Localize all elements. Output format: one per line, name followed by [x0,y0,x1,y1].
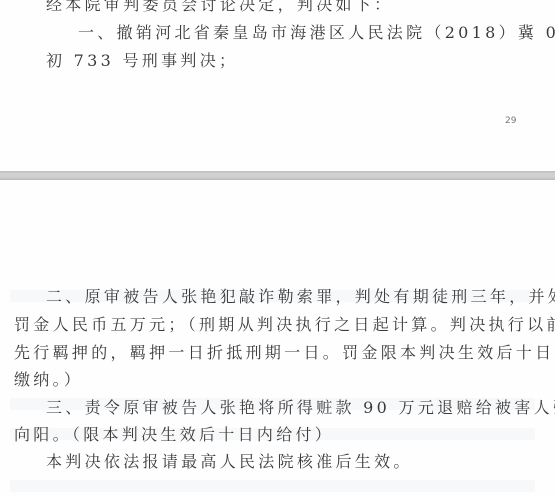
text-line: 缴纳。） [14,370,83,390]
text-line: 本判决依法报请最高人民法院核准后生效。 [46,452,413,472]
document-page-29: 经本院审判委员会讨论决定，判决如下： 一、撤销河北省秦皇岛市海港区人民法院（20… [0,0,555,171]
text-line: 三、责令原审被告人张艳将所得赃款 90 万元退赔给被害人张 [46,398,555,418]
text-line: 向阳。（限本判决生效后十日内给付） [14,425,334,445]
bleed-through [10,480,535,492]
page-separator [0,171,555,180]
page-number: 29 [505,116,516,126]
text-line: 初 733 号刑事判决； [46,51,238,71]
document-page-30: 二、原审被告人张艳犯敲诈勒索罪，判处有期徒刑三年，并处 罚金人民币五万元；（刑期… [0,180,555,496]
text-line: 先行羁押的，羁押一日折抵刑期一日。罚金限本判决生效后十日内 [14,343,555,363]
text-line: 罚金人民币五万元；（刑期从判决执行之日起计算。判决执行以前 [14,315,555,335]
text-line: 二、原审被告人张艳犯敲诈勒索罪，判处有期徒刑三年，并处 [46,287,555,307]
text-line: 一、撤销河北省秦皇岛市海港区人民法院（2018）冀 0302 刑 [78,23,555,43]
text-line: 经本院审判委员会讨论决定，判决如下： [46,0,393,15]
